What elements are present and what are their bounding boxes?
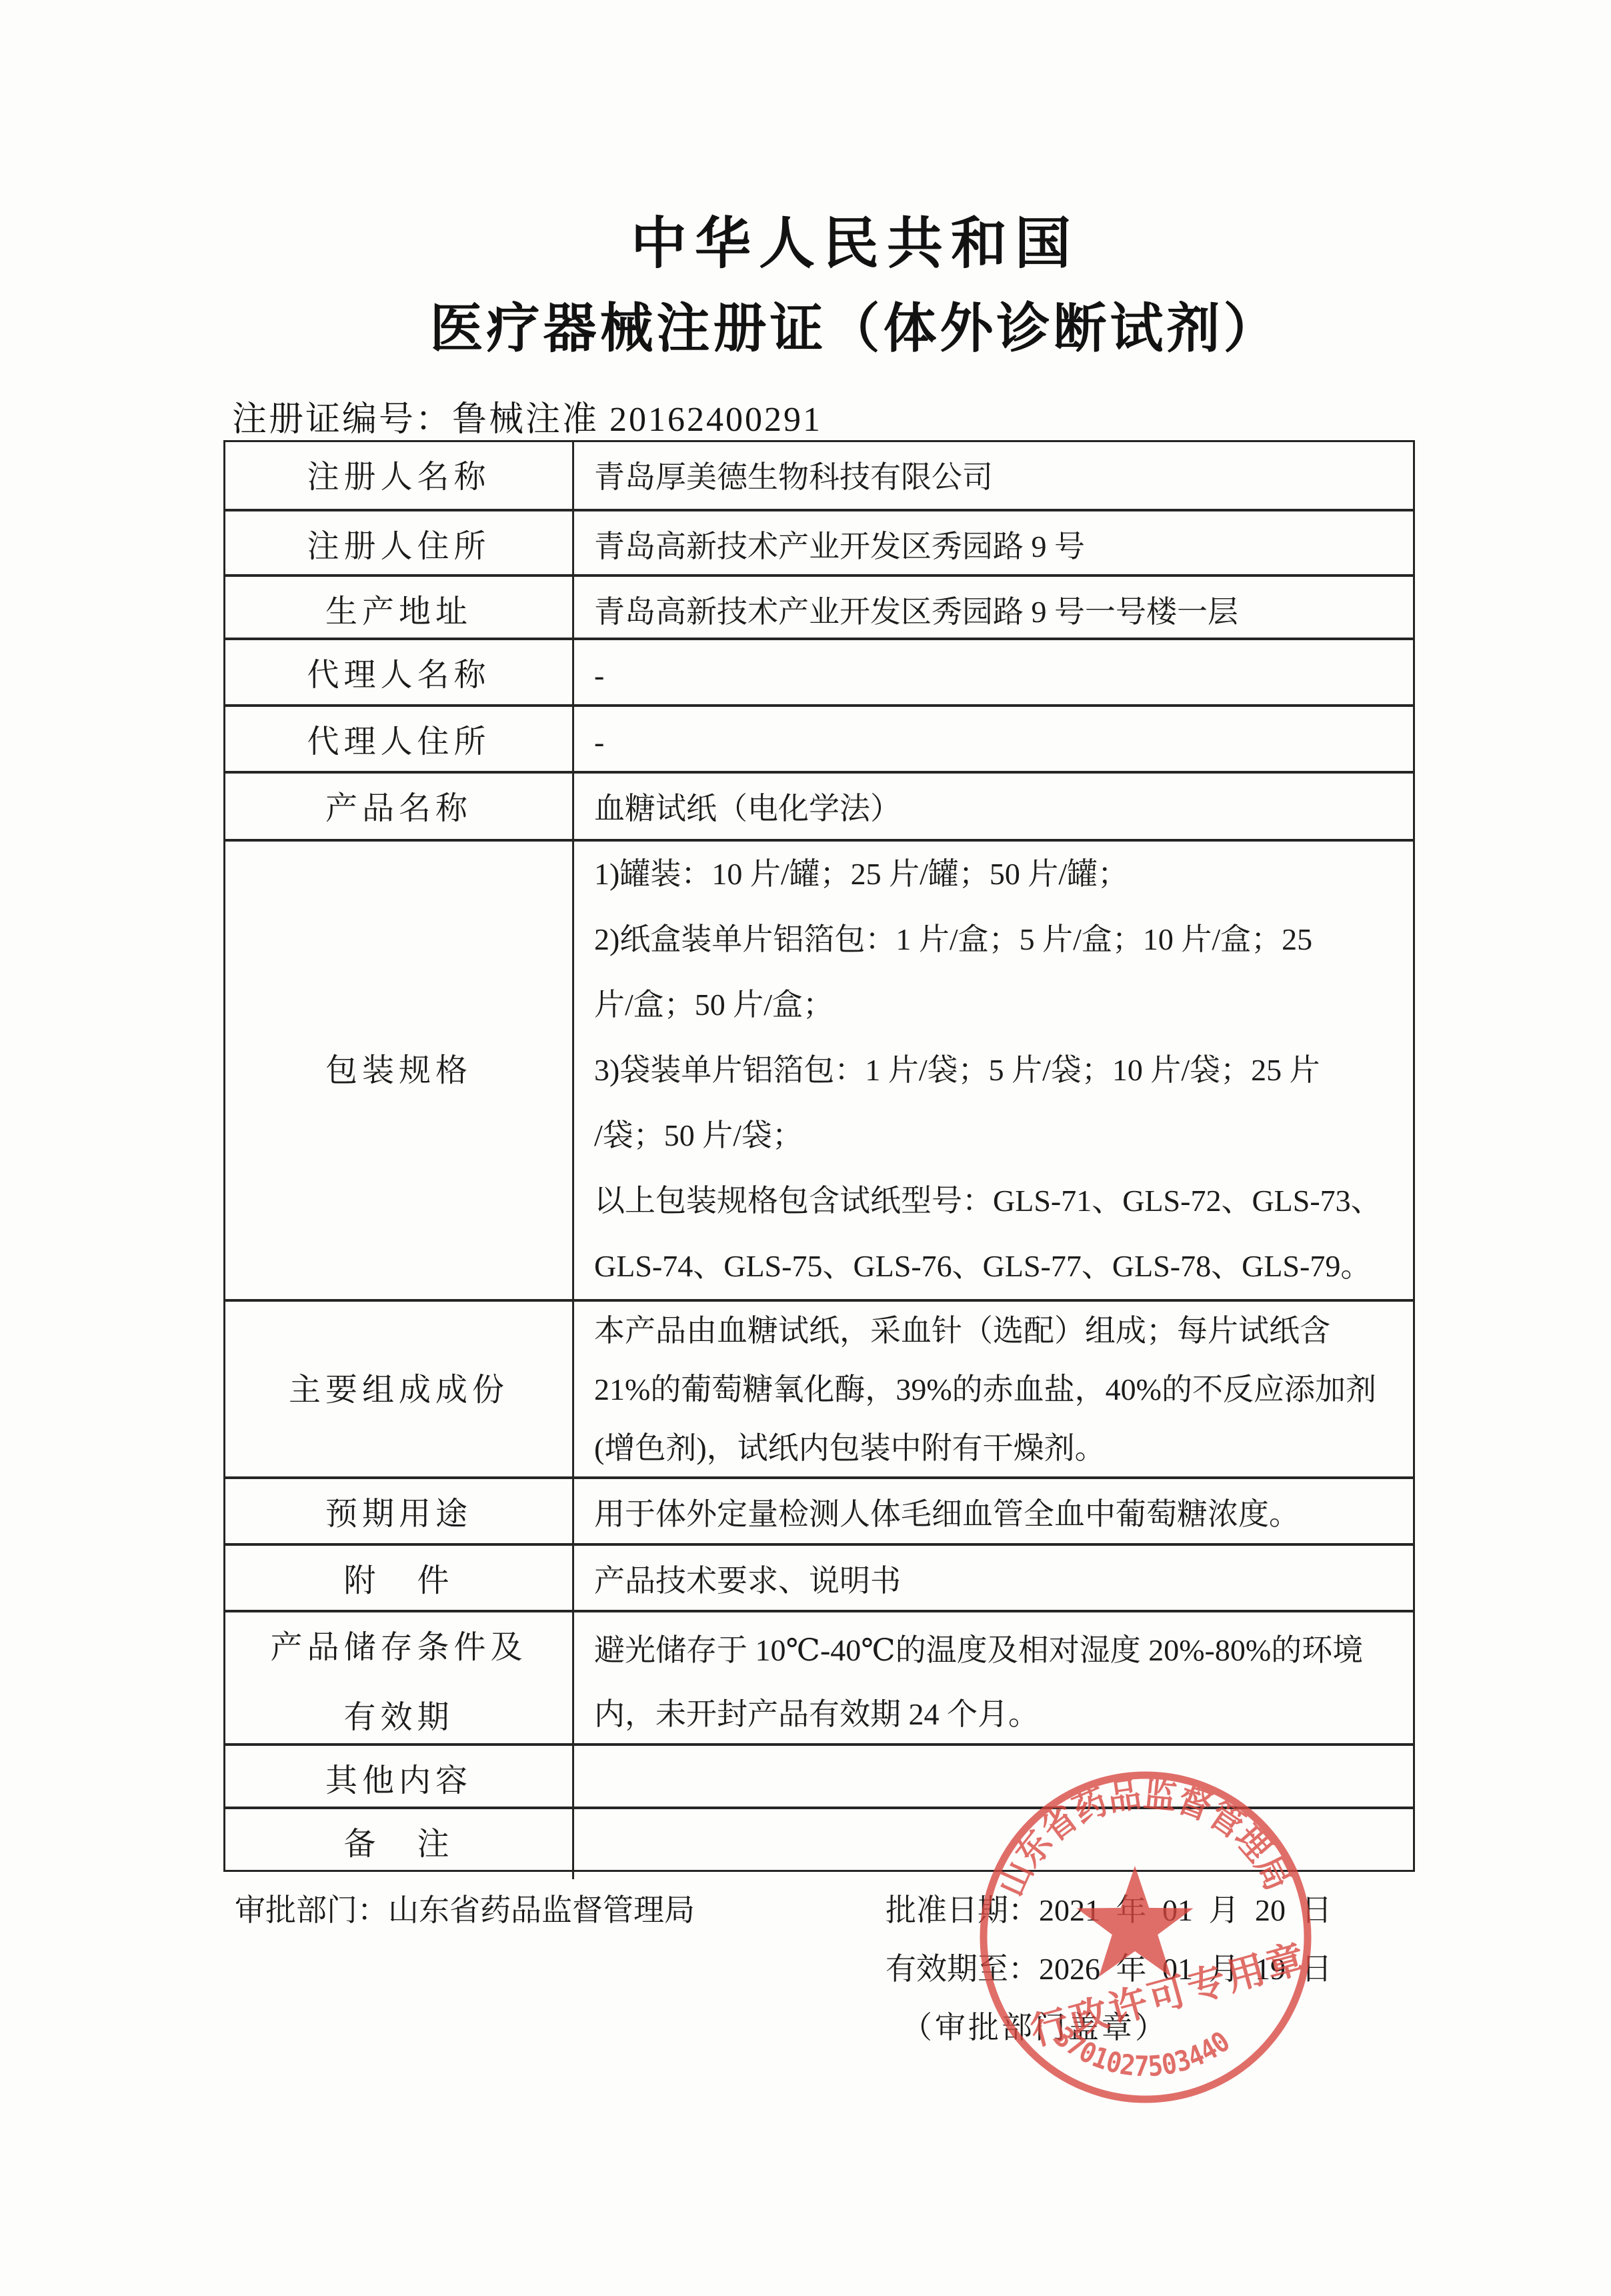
row-value: 避光储存于 10℃-40℃的温度及相对湿度 20%-80%的环境 内，未开封产品… xyxy=(574,1612,1413,1753)
table-row: 生产地址 青岛高新技术产业开发区秀园路 9 号一号楼一层 xyxy=(225,574,1413,638)
row-value: 青岛高新技术产业开发区秀园路 9 号 xyxy=(574,511,1413,582)
row-value: 用于体外定量检测人体毛细血管全血中葡萄糖浓度。 xyxy=(574,1479,1413,1549)
page-subtitle: 医疗器械注册证（体外诊断试剂） xyxy=(99,285,1611,362)
official-seal: 山东省药品监督管理局 行政许可专用章 3701027503440 xyxy=(960,1753,1334,2126)
row-label: 生产地址 xyxy=(225,577,574,647)
row-label: 注册人名称 xyxy=(225,442,574,512)
row-label: 产品名称 xyxy=(225,774,574,844)
row-label: 附 件 xyxy=(225,1546,574,1616)
row-value: 血糖试纸（电化学法） xyxy=(574,774,1413,844)
table-row-composition: 主要组成成份 本产品由血糖试纸，采血针（选配）组成；每片试纸含 21%的葡萄糖氧… xyxy=(225,1299,1413,1476)
row-label: 代理人名称 xyxy=(225,640,574,710)
table-row: 注册人名称 青岛厚美德生物科技有限公司 xyxy=(225,442,1413,509)
svg-text:3701027503440: 3701027503440 xyxy=(1048,2020,1236,2083)
table-row: 注册人住所 青岛高新技术产业开发区秀园路 9 号 xyxy=(225,509,1413,574)
row-label: 包装规格 xyxy=(225,842,574,1299)
row-value: 青岛高新技术产业开发区秀园路 9 号一号楼一层 xyxy=(574,577,1413,647)
cert-number-line: 注册证编号：鲁械注准 20162400291 xyxy=(232,391,822,441)
svg-text:山东省药品监督管理局: 山东省药品监督管理局 xyxy=(990,1774,1298,1902)
table-row: 附 件 产品技术要求、说明书 xyxy=(225,1543,1413,1610)
table-row: 代理人住所 - xyxy=(225,704,1413,771)
table-row: 产品名称 血糖试纸（电化学法） xyxy=(225,771,1413,839)
certificate-table: 注册人名称 青岛厚美德生物科技有限公司 注册人住所 青岛高新技术产业开发区秀园路… xyxy=(223,440,1415,1872)
row-label: 代理人住所 xyxy=(225,707,574,777)
table-row-packaging: 包装规格 1)罐装：10 片/罐；25 片/罐；50 片/罐； 2)纸盒装单片铝… xyxy=(225,839,1413,1299)
table-row: 预期用途 用于体外定量检测人体毛细血管全血中葡萄糖浓度。 xyxy=(225,1476,1413,1543)
page-title: 中华人民共和国 xyxy=(99,199,1611,279)
row-label: 主要组成成份 xyxy=(225,1302,574,1478)
certificate-page: 中华人民共和国 医疗器械注册证（体外诊断试剂） 注册证编号：鲁械注准 20162… xyxy=(0,0,1611,2296)
row-value: 本产品由血糖试纸，采血针（选配）组成；每片试纸含 21%的葡萄糖氧化酶，39%的… xyxy=(574,1302,1413,1478)
row-value: 1)罐装：10 片/罐；25 片/罐；50 片/罐； 2)纸盒装单片铝箔包：1 … xyxy=(574,842,1413,1299)
approval-department: 审批部门：山东省药品监督管理局 xyxy=(235,1886,695,1930)
row-label: 其他内容 xyxy=(225,1746,574,1816)
row-value: - xyxy=(574,707,1413,777)
row-label: 注册人住所 xyxy=(225,511,574,582)
table-row: 代理人名称 - xyxy=(225,638,1413,704)
row-label: 预期用途 xyxy=(225,1479,574,1549)
row-value: 青岛厚美德生物科技有限公司 xyxy=(574,442,1413,512)
seal-code: 3701027503440 xyxy=(1048,2020,1236,2083)
row-value: 产品技术要求、说明书 xyxy=(574,1546,1413,1616)
seal-star xyxy=(1077,1866,1194,1977)
seal-arc-text: 山东省药品监督管理局 xyxy=(990,1774,1298,1902)
table-row-storage: 产品储存条件及 有效期 避光储存于 10℃-40℃的温度及相对湿度 20%-80… xyxy=(225,1610,1413,1743)
row-value: - xyxy=(574,640,1413,710)
row-label: 备 注 xyxy=(225,1809,574,1879)
row-label: 产品储存条件及 有效期 xyxy=(225,1612,574,1753)
